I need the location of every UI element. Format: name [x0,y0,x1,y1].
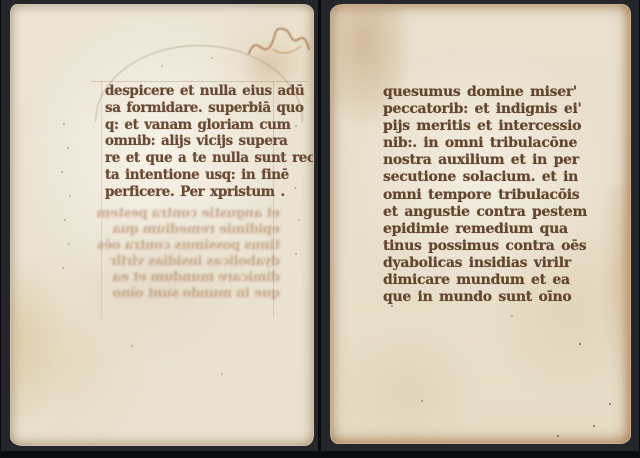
manuscript-line: omni tempore tribulacōis [383,187,587,204]
ghost-line: tinus possimus contra oēs [75,238,280,254]
manuscript-line: ta intentione usq: in finē [105,167,314,184]
ghost-line: dimicare mundum et ea [75,270,280,286]
showthrough-ghost-text: et angustie contra pestem epidimie remed… [75,206,280,302]
manuscript-line: peccatorib: et indignis ei' [383,101,587,118]
pricking-dots [11,5,13,7]
left-photo-mat: despicere et nulla eius adū sa formidare… [1,0,318,451]
manuscript-line: tinus possimus contra oēs [383,238,587,255]
manuscript-line: secutione solacium. et in [383,169,587,186]
manuscript-line: quesumus domine miser' [383,84,587,101]
manuscript-line: q: et vanam gloriam cum [105,117,314,134]
ghost-line: et angustie contra pestem [75,206,280,222]
right-page-verso: quesumus domine miser' peccatorib: et in… [330,4,631,444]
manuscript-photo-composite: despicere et nulla eius adū sa formidare… [0,0,640,458]
manuscript-line: et angustie contra pestem [383,204,587,221]
manuscript-line: pijs meritis et intercessio [383,118,587,135]
ghost-line: que in mundo sunt oīno [75,286,280,302]
ghost-line: epidimie remedium qua [75,222,280,238]
manuscript-line: re et que a te nulla sunt rec [105,150,314,167]
manuscript-line: dyabolicas insidias virilr [383,255,587,272]
manuscript-line: perficere. Per xpristum . [105,184,314,201]
manuscript-line: que in mundo sunt oīno [383,289,587,306]
edge-browning [600,185,631,385]
manuscript-line: dimicare mundum et ea [383,272,587,289]
edge-stain [10,255,63,425]
foxing-specks [331,5,333,7]
manuscript-line: omnib: alijs vicijs supera [105,133,314,150]
manuscript-line: epidimie remedium qua [383,221,587,238]
ruling-line-horizontal [91,81,307,82]
ghost-line: dyabolicas insidias virilr [75,254,280,270]
right-photo-mat: quesumus domine miser' peccatorib: et in… [321,0,639,451]
right-text-block: quesumus domine miser' peccatorib: et in… [383,84,587,306]
manuscript-line: sa formidare. superbiā quo [105,100,314,117]
manuscript-line: despicere et nulla eius adū [105,83,314,100]
left-page-recto: despicere et nulla eius adū sa formidare… [10,4,314,446]
left-text-block: despicere et nulla eius adū sa formidare… [105,83,314,201]
manuscript-line: nib:. in omni tribulacōne [383,135,587,152]
manuscript-line: nostra auxilium et in per [383,152,587,169]
